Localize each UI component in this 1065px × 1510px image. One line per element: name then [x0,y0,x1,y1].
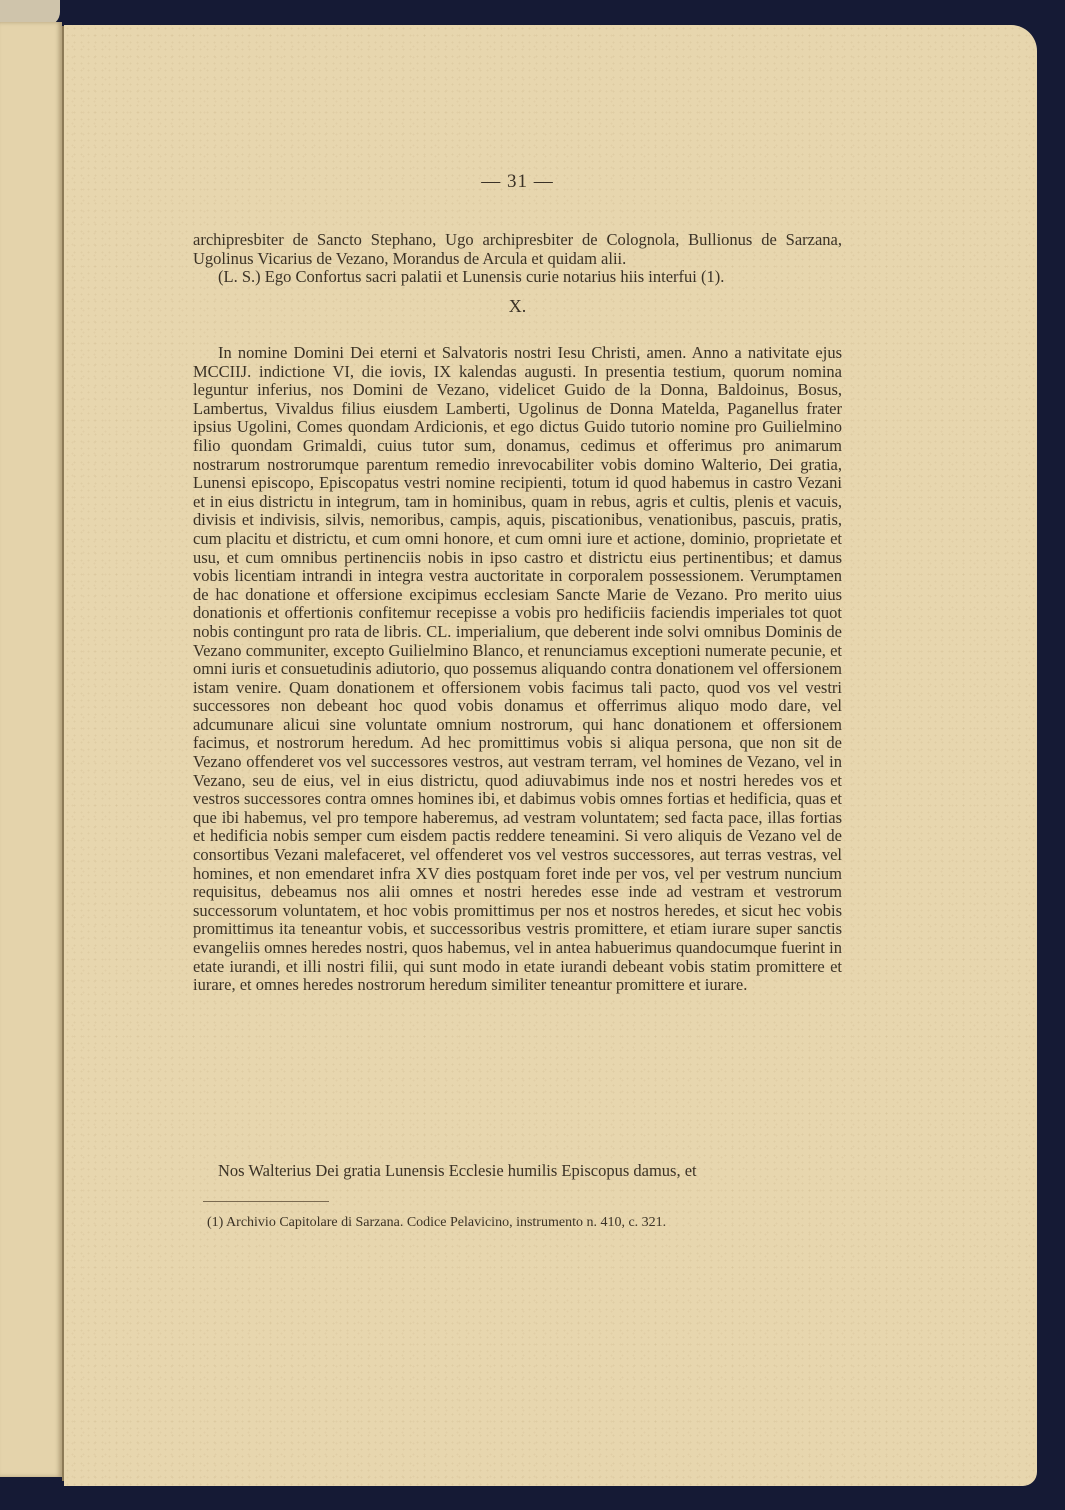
closing-line: Nos Walterius Dei gratia Lunensis Eccles… [193,1162,842,1181]
footnote-rule [203,1201,329,1202]
footnote: (1) Archivio Capitolare di Sarzana. Codi… [207,1214,847,1232]
book-page: — 31 — archipresbiter de Sancto Stephano… [64,25,1037,1486]
notary-signature: (L. S.) Ego Confortus sacri palatii et L… [193,268,842,287]
document-body: In nomine Domini Dei eterni et Salvatori… [193,344,842,995]
section-heading: X. [193,296,842,317]
carryover-paragraph: archipresbiter de Sancto Stephano, Ugo a… [193,231,842,268]
left-page-strip [0,22,62,1477]
page-number: — 31 — [193,171,842,193]
